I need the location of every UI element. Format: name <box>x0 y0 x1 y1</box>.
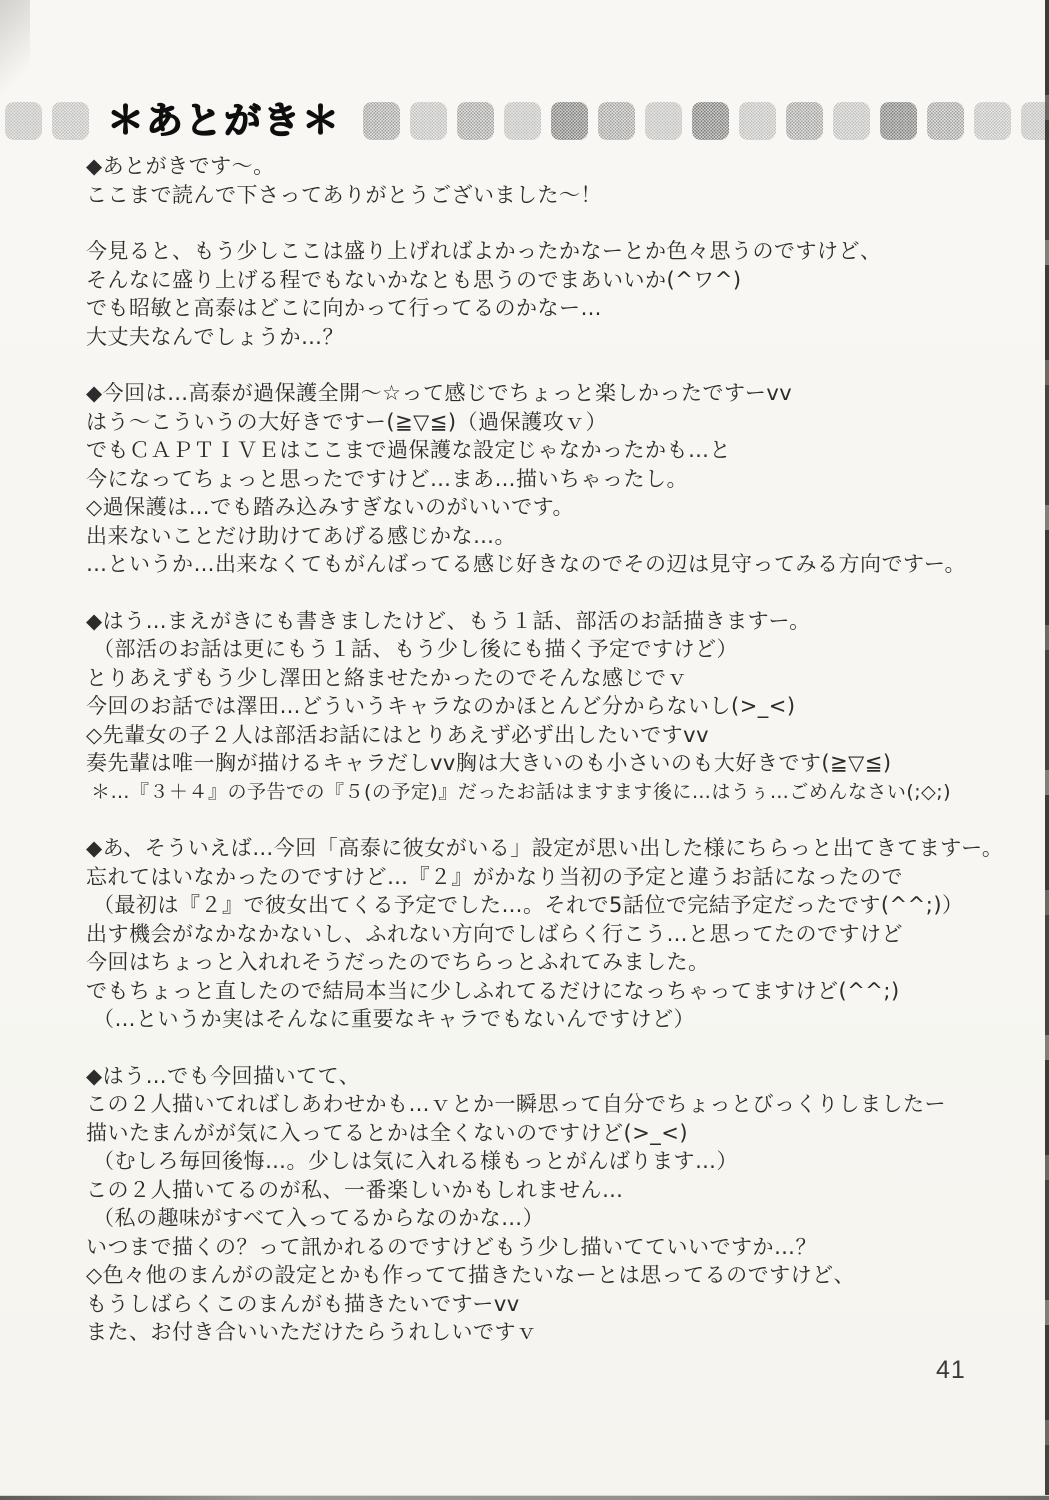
afterword-line: 出来ないことだけ助けてあげる感じかな…。 <box>86 522 1036 551</box>
afterword-line: ◆あ、そういえば…今回「高泰に彼女がいる」設定が思い出した様にちらっと出てきてま… <box>86 834 1036 863</box>
afterword-line: 今になってちょっと思ったですけど…まあ…描いちゃったし。 <box>86 465 1036 494</box>
afterword-paragraph: ◆あ、そういえば…今回「高泰に彼女がいる」設定が思い出した様にちらっと出てきてま… <box>86 834 1036 1034</box>
afterword-line: ここまで読んで下さってありがとうございました～！ <box>86 181 1036 210</box>
afterword-line: …というか…出来なくてもがんばってる感じ好きなのでその辺は見守ってみる方向ですー… <box>86 550 1036 579</box>
halftone-square <box>504 102 541 140</box>
scan-edge-right <box>1045 0 1049 1500</box>
afterword-paragraph: ◆はう…まえがきにも書きましたけど、もう１話、部活のお話描きますー。 （部活のお… <box>86 607 1036 807</box>
afterword-line: ◇色々他のまんがの設定とかも作ってて描きたいなーとは思ってるのですけど、 <box>86 1261 1036 1290</box>
scan-corner-shadow <box>0 0 30 110</box>
afterword-line: この２人描いてるのが私、一番楽しいかもしれません… <box>86 1176 1036 1205</box>
halftone-square <box>927 102 964 140</box>
afterword-line: 奏先輩は唯一胸が描けるキャラだしvv胸は大きいのも小さいのも大好きです(≧▽≦) <box>86 749 1036 778</box>
halftone-square <box>598 102 635 140</box>
afterword-line: この２人描いてればしあわせかも…ｖとか一瞬思って自分でちょっとびっくりしましたー <box>86 1090 1036 1119</box>
afterword-line: はう～こういうの大好きですー(≧▽≦)（過保護攻ｖ） <box>86 408 1036 437</box>
afterword-line: ◇先輩女の子２人は部活お話にはとりあえず必ず出したいですvv <box>86 721 1036 750</box>
afterword-line: いつまで描くの？って訊かれるのですけどもう少し描いてていいですか…？ <box>86 1233 1036 1262</box>
afterword-line: （むしろ毎回後悔…。少しは気に入れる様もっとがんばります…） <box>86 1147 1036 1176</box>
afterword-paragraph: ◆今回は…高泰が過保護全開～☆って感じでちょっと楽しかったですーvv はう～こう… <box>86 379 1036 579</box>
scan-edge-bottom <box>0 1496 1049 1500</box>
afterword-line: でもちょっと直したので結局本当に少しふれてるだけになっちゃってますけど(^^;) <box>86 977 1036 1006</box>
scanned-page: ＊あとがき＊ ◆あとがきです～。 ここまで読んで下さってありがとうございました～… <box>0 0 1049 1500</box>
halftone-square <box>52 102 89 140</box>
afterword-line: でもＣＡＰＴＩＶＥはここまで過保護な設定じゃなかったかも…と <box>86 436 1036 465</box>
halftone-square <box>786 102 823 140</box>
afterword-line: ◆今回は…高泰が過保護全開～☆って感じでちょっと楽しかったですーvv <box>86 379 1036 408</box>
afterword-line: 今見ると、もう少しここは盛り上げればよかったかなーとか色々思うのですけど、 <box>86 237 1036 266</box>
afterword-line: 大丈夫なんでしょうか…？ <box>86 323 1036 352</box>
afterword-line: 今回のお話では澤田…どういうキャラなのかほとんど分からないし(>_<) <box>86 692 1036 721</box>
afterword-line: ◆はう…でも今回描いてて、 <box>86 1062 1036 1091</box>
afterword-text: ◆あとがきです～。 ここまで読んで下さってありがとうございました～！ 今見ると、… <box>86 152 1036 1375</box>
afterword-line: 今回はちょっと入れれそうだったのでちらっとふれてみました。 <box>86 948 1036 977</box>
afterword-line: ◆あとがきです～。 <box>86 152 1036 181</box>
halftone-square <box>457 102 494 140</box>
halftone-square <box>739 102 776 140</box>
halftone-square <box>363 102 400 140</box>
halftone-square <box>880 102 917 140</box>
afterword-line: とりあえずもう少し澤田と絡ませたかったのでそんな感じでｖ <box>86 664 1036 693</box>
afterword-line: そんなに盛り上げる程でもないかなとも思うのでまあいいか(^ワ^) <box>86 266 1036 295</box>
page-number: 41 <box>936 1356 966 1385</box>
afterword-line: もうしばらくこのまんがも描きたいですーvv <box>86 1290 1036 1319</box>
page-title: ＊あとがき＊ <box>107 101 341 140</box>
afterword-line: ◆はう…まえがきにも書きましたけど、もう１話、部活のお話描きますー。 <box>86 607 1036 636</box>
afterword-line: 忘れてはいなかったのですけど…『２』がかなり当初の予定と違うお話になったので <box>86 863 1036 892</box>
halftone-square <box>645 102 682 140</box>
afterword-line: （部活のお話は更にもう１話、もう少し後にも描く予定ですけど） <box>86 635 1036 664</box>
halftone-square <box>410 102 447 140</box>
afterword-paragraph: 今見ると、もう少しここは盛り上げればよかったかなーとか色々思うのですけど、 そん… <box>86 237 1036 351</box>
afterword-paragraph: ◆あとがきです～。 ここまで読んで下さってありがとうございました～！ <box>86 152 1036 209</box>
afterword-paragraph: ◆はう…でも今回描いてて、 この２人描いてればしあわせかも…ｖとか一瞬思って自分… <box>86 1062 1036 1347</box>
halftone-square <box>551 102 588 140</box>
afterword-line: また、お付き合いいただけたらうれしいですｖ <box>86 1318 1036 1347</box>
halftone-square <box>974 102 1011 140</box>
halftone-square <box>692 102 729 140</box>
header-band: ＊あとがき＊ <box>0 101 1049 140</box>
afterword-line: （私の趣味がすべて入ってるからなのかな…） <box>86 1204 1036 1233</box>
afterword-line: （最初は『２』で彼女出てくる予定でした…。それで5話位で完結予定だったです(^^… <box>86 891 1036 920</box>
afterword-line: 描いたまんがが気に入ってるとかは全くないのですけど(>_<) <box>86 1119 1036 1148</box>
afterword-line: でも昭敏と高泰はどこに向かって行ってるのかなー… <box>86 294 1036 323</box>
halftone-square <box>5 102 42 140</box>
afterword-line: ◇過保護は…でも踏み込みすぎないのがいいです。 <box>86 493 1036 522</box>
halftone-square <box>833 102 870 140</box>
afterword-line: （…というか実はそんなに重要なキャラでもないんですけど） <box>86 1005 1036 1034</box>
afterword-line: 出す機会がなかなかないし、ふれない方向でしばらく行こう…と思ってたのですけど <box>86 920 1036 949</box>
afterword-line: ＊…『３＋４』の予告での『５(の予定)』だったお話はますます後に…はうぅ…ごめん… <box>86 778 1036 807</box>
